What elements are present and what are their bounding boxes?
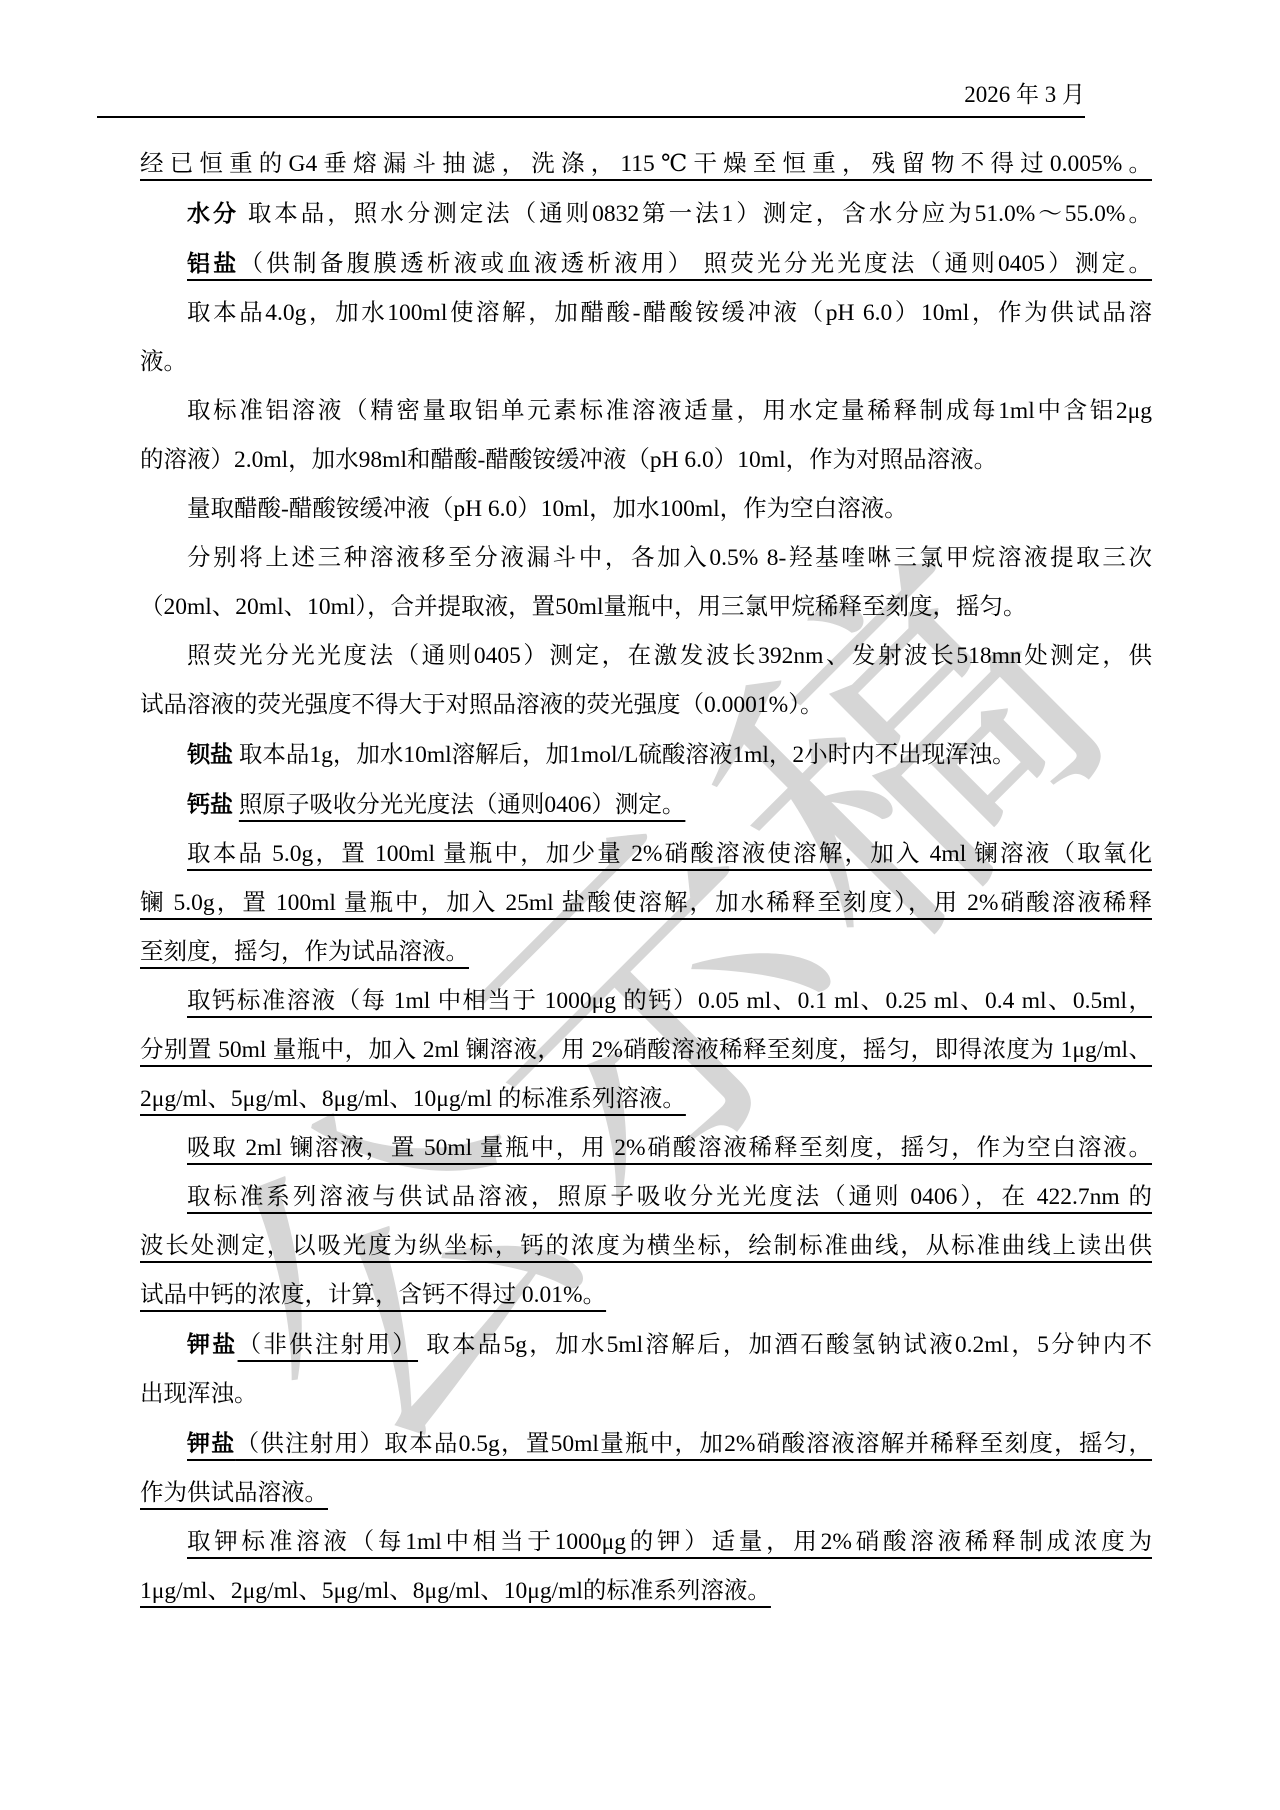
text-segment: 取钾标准溶液（每1ml中相当于1000μg的钾）适量，用2%硝酸溶液稀释制成浓度…	[187, 1529, 1152, 1555]
text-segment: 钙盐	[187, 791, 233, 817]
text-line: 取本品4.0g，加水100ml使溶解，加醋酸-醋酸铵缓冲液（pH 6.0）10m…	[140, 289, 1152, 338]
text-segment: 试品溶液的荧光强度不得大于对照品溶液的荧光强度（0.0001%）。	[140, 692, 823, 718]
text-segment: （供制备腹膜透析液或血液透析液用） 照荧光分光光度法（通则0405）测定。	[240, 251, 1152, 277]
text-line: 照荧光分光光度法（通则0405）测定，在激发波长392nm、发射波长518mn处…	[140, 632, 1152, 681]
text-line: 取钙标准溶液（每 1ml 中相当于 1000μg 的钙）0.05 ml、0.1 …	[140, 977, 1152, 1026]
text-line: 经已恒重的G4垂熔漏斗抽滤，洗涤，115℃干燥至恒重，残留物不得过0.005%。	[140, 140, 1152, 189]
document-body: 经已恒重的G4垂熔漏斗抽滤，洗涤，115℃干燥至恒重，残留物不得过0.005%。…	[140, 140, 1152, 1616]
document-page: 公示稿 2026 年 3 月 经已恒重的G4垂熔漏斗抽滤，洗涤，115℃干燥至恒…	[0, 0, 1280, 1810]
text-line: 试品溶液的荧光强度不得大于对照品溶液的荧光强度（0.0001%）。	[140, 681, 1152, 730]
text-segment: 照荧光分光光度法（通则0405）测定，在激发波长392nm、发射波长518mn处…	[187, 643, 1152, 669]
text-segment: 吸取 2ml 镧溶液，置 50ml 量瓶中，用 2%硝酸溶液稀释至刻度，摇匀，作…	[187, 1135, 1152, 1161]
text-segment: 液。	[140, 349, 187, 375]
text-line: 取本品 5.0g，置 100ml 量瓶中，加少量 2%硝酸溶液使溶解，加入 4m…	[140, 830, 1152, 879]
text-segment: 出现浑浊。	[140, 1381, 258, 1407]
text-segment: 钡盐	[187, 741, 233, 767]
text-line: 出现浑浊。	[140, 1370, 1152, 1419]
text-segment: 照原子吸收分光光度法（通则0406）测定。	[239, 792, 686, 818]
text-line: 量取醋酸-醋酸铵缓冲液（pH 6.0）10ml，加水100ml，作为空白溶液。	[140, 485, 1152, 534]
text-segment: 取钙标准溶液（每 1ml 中相当于 1000μg 的钙）0.05 ml、0.1 …	[187, 988, 1152, 1014]
text-line: 2μg/ml、5μg/ml、8μg/ml、10μg/ml 的标准系列溶液。	[140, 1075, 1152, 1124]
text-segment: 1μg/ml、2μg/ml、5μg/ml、8μg/ml、10μg/ml的标准系列…	[140, 1578, 771, 1604]
text-line: 钾盐（供注射用）取本品0.5g，置50ml量瓶中，加2%硝酸溶液溶解并稀释至刻度…	[140, 1419, 1152, 1469]
text-line: 的溶液）2.0ml，加水98ml和醋酸-醋酸铵缓冲液（pH 6.0）10ml，作…	[140, 436, 1152, 485]
text-line: 分别将上述三种溶液移至分液漏斗中，各加入0.5% 8-羟基喹啉三氯甲烷溶液提取三…	[140, 534, 1152, 583]
text-line: 吸取 2ml 镧溶液，置 50ml 量瓶中，用 2%硝酸溶液稀释至刻度，摇匀，作…	[140, 1124, 1152, 1173]
text-line: 镧 5.0g，置 100ml 量瓶中，加入 25ml 盐酸使溶解，加水稀释至刻度…	[140, 879, 1152, 928]
text-line: 水分 取本品，照水分测定法（通则0832第一法1）测定，含水分应为51.0%～5…	[140, 189, 1152, 239]
text-segment: 钾盐	[187, 1430, 236, 1456]
text-segment: 作为供试品溶液。	[140, 1480, 328, 1506]
text-segment: 波长处测定，以吸光度为纵坐标，钙的浓度为横坐标，绘制标准曲线，从标准曲线上读出供	[140, 1233, 1152, 1259]
text-segment: 试品中钙的浓度，计算，含钙不得过 0.01%。	[140, 1282, 606, 1308]
text-segment: 取标准系列溶液与供试品溶液，照原子吸收分光光度法（通则 0406），在 422.…	[187, 1184, 1152, 1210]
page-header-date: 2026 年 3 月	[97, 80, 1085, 110]
header-rule	[97, 116, 1085, 118]
text-segment: 的溶液）2.0ml，加水98ml和醋酸-醋酸铵缓冲液（pH 6.0）10ml，作…	[140, 447, 997, 473]
text-segment: 量取醋酸-醋酸铵缓冲液（pH 6.0）10ml，加水100ml，作为空白溶液。	[187, 496, 908, 522]
text-segment: 取本品 5.0g，置 100ml 量瓶中，加少量 2%硝酸溶液使溶解，加入 4m…	[187, 841, 1152, 867]
text-line: 1μg/ml、2μg/ml、5μg/ml、8μg/ml、10μg/ml的标准系列…	[140, 1567, 1152, 1616]
text-segment: 铝盐	[187, 250, 240, 276]
text-segment: （20ml、20ml、10ml），合并提取液，置50ml量瓶中，用三氯甲烷稀释至…	[140, 594, 1026, 620]
text-segment: 取本品4.0g，加水100ml使溶解，加醋酸-醋酸铵缓冲液（pH 6.0）10m…	[187, 300, 1152, 326]
text-segment: 2μg/ml、5μg/ml、8μg/ml、10μg/ml 的标准系列溶液。	[140, 1086, 686, 1112]
text-segment: 取本品1g，加水10ml溶解后，加1mol/L硫酸溶液1ml，2小时内不出现浑浊…	[233, 742, 1016, 768]
text-line: 取标准铝溶液（精密量取铝单元素标准溶液适量，用水定量稀释制成每1ml中含铝2μg	[140, 387, 1152, 436]
text-line: 至刻度，摇匀，作为试品溶液。	[140, 928, 1152, 977]
text-line: 取钾标准溶液（每1ml中相当于1000μg的钾）适量，用2%硝酸溶液稀释制成浓度…	[140, 1518, 1152, 1567]
text-line: 钡盐 取本品1g，加水10ml溶解后，加1mol/L硫酸溶液1ml，2小时内不出…	[140, 730, 1152, 780]
text-segment: 至刻度，摇匀，作为试品溶液。	[140, 939, 469, 965]
text-line: 波长处测定，以吸光度为纵坐标，钙的浓度为横坐标，绘制标准曲线，从标准曲线上读出供	[140, 1222, 1152, 1271]
text-segment: （供注射用）取本品0.5g，置50ml量瓶中，加2%硝酸溶液溶解并稀释至刻度，摇…	[236, 1431, 1152, 1457]
text-segment: 取本品，照水分测定法（通则0832第一法1）测定，含水分应为51.0%～55.0…	[239, 201, 1152, 227]
text-line: 取标准系列溶液与供试品溶液，照原子吸收分光光度法（通则 0406），在 422.…	[140, 1173, 1152, 1222]
text-line: 作为供试品溶液。	[140, 1469, 1152, 1518]
text-segment: 水分	[187, 200, 239, 226]
text-line: （20ml、20ml、10ml），合并提取液，置50ml量瓶中，用三氯甲烷稀释至…	[140, 583, 1152, 632]
text-segment: 取本品5g，加水5ml溶解后，加酒石酸氢钠试液0.2ml，5分钟内不	[418, 1332, 1152, 1358]
text-segment: 取标准铝溶液（精密量取铝单元素标准溶液适量，用水定量稀释制成每1ml中含铝2μg	[187, 398, 1152, 424]
text-segment: 分别将上述三种溶液移至分液漏斗中，各加入0.5% 8-羟基喹啉三氯甲烷溶液提取三…	[187, 545, 1152, 571]
text-line: 钙盐 照原子吸收分光光度法（通则0406）测定。	[140, 780, 1152, 830]
text-segment: 镧 5.0g，置 100ml 量瓶中，加入 25ml 盐酸使溶解，加水稀释至刻度…	[140, 890, 1152, 916]
text-line: 试品中钙的浓度，计算，含钙不得过 0.01%。	[140, 1271, 1152, 1320]
text-line: 液。	[140, 338, 1152, 387]
text-line: 分别置 50ml 量瓶中，加入 2ml 镧溶液，用 2%硝酸溶液稀释至刻度，摇匀…	[140, 1026, 1152, 1075]
text-segment: 分别置 50ml 量瓶中，加入 2ml 镧溶液，用 2%硝酸溶液稀释至刻度，摇匀…	[140, 1037, 1152, 1063]
text-line: 铝盐（供制备腹膜透析液或血液透析液用） 照荧光分光光度法（通则0405）测定。	[140, 239, 1152, 289]
text-segment: （非供注射用）	[238, 1332, 418, 1358]
text-segment: 经已恒重的G4垂熔漏斗抽滤，洗涤，115℃干燥至恒重，残留物不得过0.005%。	[140, 151, 1152, 177]
text-line: 钾盐（非供注射用） 取本品5g，加水5ml溶解后，加酒石酸氢钠试液0.2ml，5…	[140, 1320, 1152, 1370]
text-segment: 钾盐	[187, 1331, 238, 1357]
